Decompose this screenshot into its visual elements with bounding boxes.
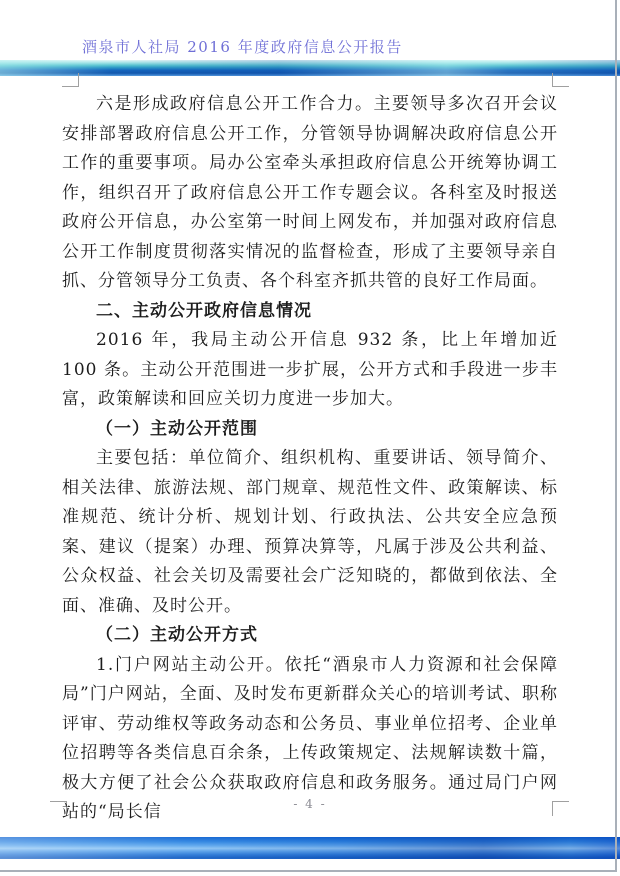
paragraph-work-synergy: 六是形成政府信息公开工作合力。主要领导多次召开会议安排部署政府信息公开工作，分管… xyxy=(62,90,558,297)
page-edge-right xyxy=(615,0,617,872)
document-body: 六是形成政府信息公开工作合力。主要领导多次召开会议安排部署政府信息公开工作，分管… xyxy=(62,90,558,828)
page-number: - 4 - xyxy=(0,797,620,811)
footer-wave-band xyxy=(0,837,620,859)
header-wave-band xyxy=(0,60,620,76)
crop-mark-top-right xyxy=(552,73,569,87)
subsection-heading-disclosure-scope: （一）主动公开范围 xyxy=(62,415,558,445)
document-page: 酒泉市人社局 2016 年度政府信息公开报告 六是形成政府信息公开工作合力。主要… xyxy=(0,0,620,876)
crop-mark-top-left xyxy=(62,73,79,87)
subsection-heading-disclosure-methods: （二）主动公开方式 xyxy=(62,621,558,651)
page-header-title: 酒泉市人社局 2016 年度政府信息公开报告 xyxy=(82,36,403,57)
section-heading-active-disclosure: 二、主动公开政府信息情况 xyxy=(62,297,558,327)
page-edge-bottom xyxy=(0,870,617,872)
paragraph-disclosure-statistics: 2016 年，我局主动公开信息 932 条，比上年增加近 100 条。主动公开范… xyxy=(62,326,558,415)
paragraph-disclosure-scope-detail: 主要包括：单位简介、组织机构、重要讲话、领导简介、相关法律、旅游法规、部门规章、… xyxy=(62,444,558,621)
